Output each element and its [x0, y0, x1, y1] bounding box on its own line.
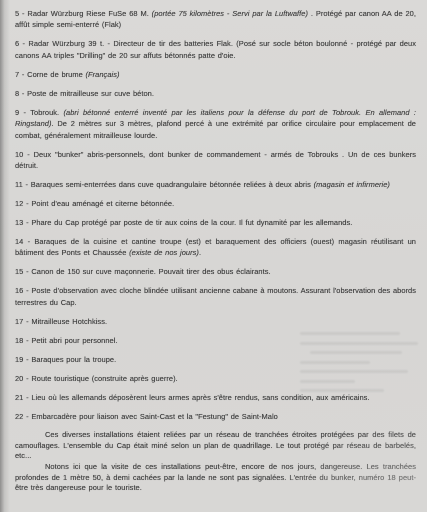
items-list: 5 - Radar Würzburg Riese FuSe 68 M. (por… — [15, 8, 416, 422]
item-number: 20 - — [15, 374, 31, 383]
item-number: 17 - — [15, 317, 31, 326]
item-text: Radar Würzburg Riese FuSe 68 M. — [27, 9, 151, 18]
item-text: Tobrouk. — [30, 108, 63, 117]
scan-edge-shadow — [0, 0, 10, 512]
item-number: 12 - — [15, 199, 31, 208]
item-number: 5 - — [15, 9, 27, 18]
item-text: Route touristique (construite après guer… — [31, 374, 177, 383]
item-text-italic: (magasin et infirmerie) — [314, 180, 390, 189]
list-item: 10 - Deux "bunker" abris-personnels, don… — [15, 149, 416, 172]
item-text: Embarcadère pour liaison avec Saint-Cast… — [31, 412, 278, 421]
item-text: Phare du Cap protégé par poste de tir au… — [31, 218, 352, 227]
list-item: 14 - Baraques de la cuisine et cantine t… — [15, 236, 416, 259]
list-item: 6 - Radar Würzburg 39 t. - Directeur de … — [15, 38, 416, 61]
item-text: Baraques de la cuisine et cantine troupe… — [15, 237, 416, 257]
list-item: 11 - Baraques semi-enterrées dans cuve q… — [15, 179, 416, 190]
item-number: 22 - — [15, 412, 31, 421]
item-number: 16 - — [15, 286, 31, 295]
item-number: 8 - — [15, 89, 27, 98]
item-text: Baraques pour la troupe. — [31, 355, 116, 364]
item-text: Petit abri pour personnel. — [31, 336, 117, 345]
scanned-document-page: 5 - Radar Würzburg Riese FuSe 68 M. (por… — [0, 0, 427, 512]
item-number: 9 - — [15, 108, 30, 117]
list-item: 21 - Lieu où les allemands déposèrent le… — [15, 392, 416, 403]
item-number: 19 - — [15, 355, 31, 364]
closing-paragraph: Ces diverses installations étaient relié… — [15, 430, 416, 462]
list-item: 12 - Point d'eau aménagé et citerne béto… — [15, 198, 416, 209]
item-text: Radar Würzburg 39 t. - Directeur de tir … — [15, 39, 416, 59]
list-item: 5 - Radar Würzburg Riese FuSe 68 M. (por… — [15, 8, 416, 31]
item-number: 13 - — [15, 218, 31, 227]
item-text: Poste d'observation avec cloche blindée … — [15, 286, 416, 306]
closing-block: Ces diverses installations étaient relié… — [15, 430, 416, 494]
item-text: Mitrailleuse Hotchkiss. — [31, 317, 107, 326]
list-item: 19 - Baraques pour la troupe. — [15, 354, 416, 365]
item-number: 14 - — [15, 237, 34, 246]
item-text-italic: (Français) — [86, 70, 120, 79]
item-number: 18 - — [15, 336, 31, 345]
item-text: . De 2 mètres sur 3 mètres, plafond perc… — [15, 119, 416, 139]
item-number: 7 - — [15, 70, 27, 79]
item-text: Poste de mitrailleuse sur cuve béton. — [27, 89, 154, 98]
item-text: Point d'eau aménagé et citerne bétonnée. — [31, 199, 174, 208]
item-text: Lieu où les allemands déposèrent leurs a… — [31, 393, 369, 402]
list-item: 13 - Phare du Cap protégé par poste de t… — [15, 217, 416, 228]
list-item: 8 - Poste de mitrailleuse sur cuve béton… — [15, 88, 416, 99]
item-text: Canon de 150 sur cuve maçonnerie. Pouvai… — [31, 267, 270, 276]
item-text-italic: (existe de nos jours) — [129, 248, 199, 257]
list-item: 17 - Mitrailleuse Hotchkiss. — [15, 316, 416, 327]
item-text-italic: (portée 75 kilomètres - Servi par la Luf… — [152, 9, 308, 18]
list-item: 7 - Corne de brume (Français) — [15, 69, 416, 80]
closing-paragraph: Notons ici que la visite de ces installa… — [15, 462, 416, 494]
list-item: 22 - Embarcadère pour liaison avec Saint… — [15, 411, 416, 422]
list-item: 9 - Tobrouk. (abri bétonné enterré inven… — [15, 107, 416, 141]
document-content: 5 - Radar Würzburg Riese FuSe 68 M. (por… — [15, 8, 416, 494]
item-text: . — [199, 248, 201, 257]
item-number: 10 - — [15, 150, 34, 159]
item-number: 15 - — [15, 267, 31, 276]
item-text: Corne de brume — [27, 70, 85, 79]
item-text: Deux "bunker" abris-personnels, dont bun… — [15, 150, 416, 170]
item-number: 21 - — [15, 393, 31, 402]
list-item: 16 - Poste d'observation avec cloche bli… — [15, 285, 416, 308]
item-number: 11 - — [15, 180, 31, 189]
list-item: 20 - Route touristique (construite après… — [15, 373, 416, 384]
list-item: 18 - Petit abri pour personnel. — [15, 335, 416, 346]
item-number: 6 - — [15, 39, 28, 48]
item-text: Baraques semi-enterrées dans cuve quadra… — [31, 180, 314, 189]
list-item: 15 - Canon de 150 sur cuve maçonnerie. P… — [15, 266, 416, 277]
